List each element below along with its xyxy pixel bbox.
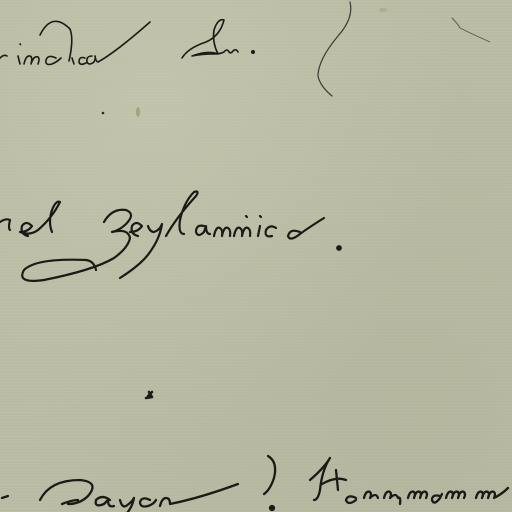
faint-mark-top-right (452, 18, 490, 42)
ink-dot (102, 112, 105, 115)
line-3-strokes (2, 456, 508, 512)
line-2-strokes (0, 192, 341, 281)
handwriting-layer (0, 0, 512, 512)
ink-speck (146, 392, 152, 398)
margin-curve (318, 2, 351, 96)
line-1-strokes (0, 20, 254, 65)
stain-top (379, 8, 387, 12)
stain (136, 107, 140, 117)
